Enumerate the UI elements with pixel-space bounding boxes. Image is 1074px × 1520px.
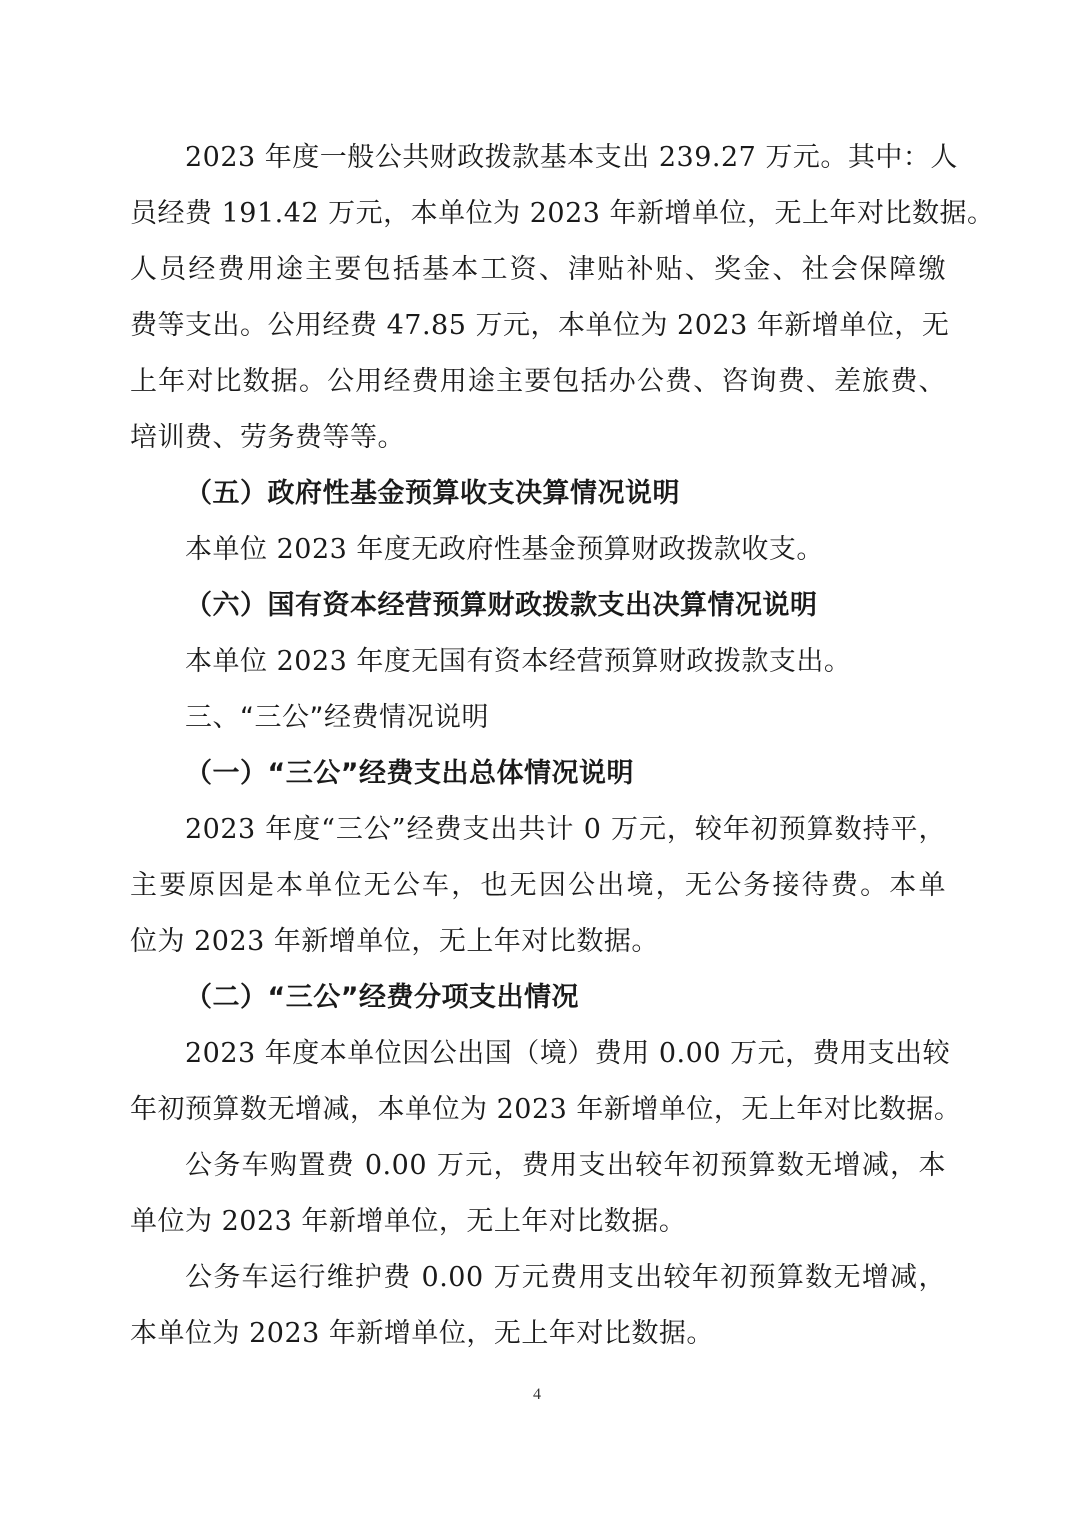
paragraph-line: 本单位 2023 年度无政府性基金预算财政拨款收支。 — [185, 533, 946, 567]
paragraph-line: 上年对比数据。公用经费用途主要包括办公费、咨询费、差旅费、 — [130, 365, 946, 399]
paragraph-line: 费等支出。公用经费 47.85 万元，本单位为 2023 年新增单位，无 — [130, 309, 946, 343]
paragraph-line: 本单位 2023 年度无国有资本经营预算财政拨款支出。 — [185, 645, 946, 679]
section-heading: （二）“三公”经费分项支出情况 — [185, 981, 579, 1015]
paragraph-line: 位为 2023 年新增单位，无上年对比数据。 — [130, 925, 946, 959]
section-heading: （一）“三公”经费支出总体情况说明 — [185, 757, 634, 791]
section-heading: （五）政府性基金预算收支决算情况说明 — [185, 477, 680, 511]
paragraph-line: 培训费、劳务费等等。 — [130, 421, 946, 455]
paragraph-line: 2023 年度一般公共财政拨款基本支出 239.27 万元。其中：人 — [185, 141, 946, 175]
paragraph-line: 公务车购置费 0.00 万元，费用支出较年初预算数无增减，本 — [185, 1149, 946, 1183]
paragraph-line: 公务车运行维护费 0.00 万元费用支出较年初预算数无增减， — [185, 1261, 946, 1295]
document-page: 2023 年度一般公共财政拨款基本支出 239.27 万元。其中：人 员经费 1… — [0, 0, 1074, 1520]
paragraph-line: 主要原因是本单位无公车，也无因公出境，无公务接待费。本单 — [130, 869, 946, 903]
paragraph-line: 2023 年度本单位因公出国（境）费用 0.00 万元，费用支出较 — [185, 1037, 946, 1071]
paragraph-line: 本单位为 2023 年新增单位，无上年对比数据。 — [130, 1317, 946, 1351]
section-heading: （六）国有资本经营预算财政拨款支出决算情况说明 — [185, 589, 818, 623]
paragraph-line: 年初预算数无增减，本单位为 2023 年新增单位，无上年对比数据。 — [130, 1093, 946, 1127]
paragraph-line: 人员经费用途主要包括基本工资、津贴补贴、奖金、社会保障缴 — [130, 253, 946, 287]
chapter-heading: 三、“三公”经费情况说明 — [185, 701, 489, 735]
paragraph-line: 2023 年度“三公”经费支出共计 0 万元，较年初预算数持平， — [185, 813, 946, 847]
page-number: 4 — [0, 1386, 1074, 1404]
paragraph-line: 员经费 191.42 万元，本单位为 2023 年新增单位，无上年对比数据。 — [130, 197, 946, 231]
paragraph-line: 单位为 2023 年新增单位，无上年对比数据。 — [130, 1205, 946, 1239]
